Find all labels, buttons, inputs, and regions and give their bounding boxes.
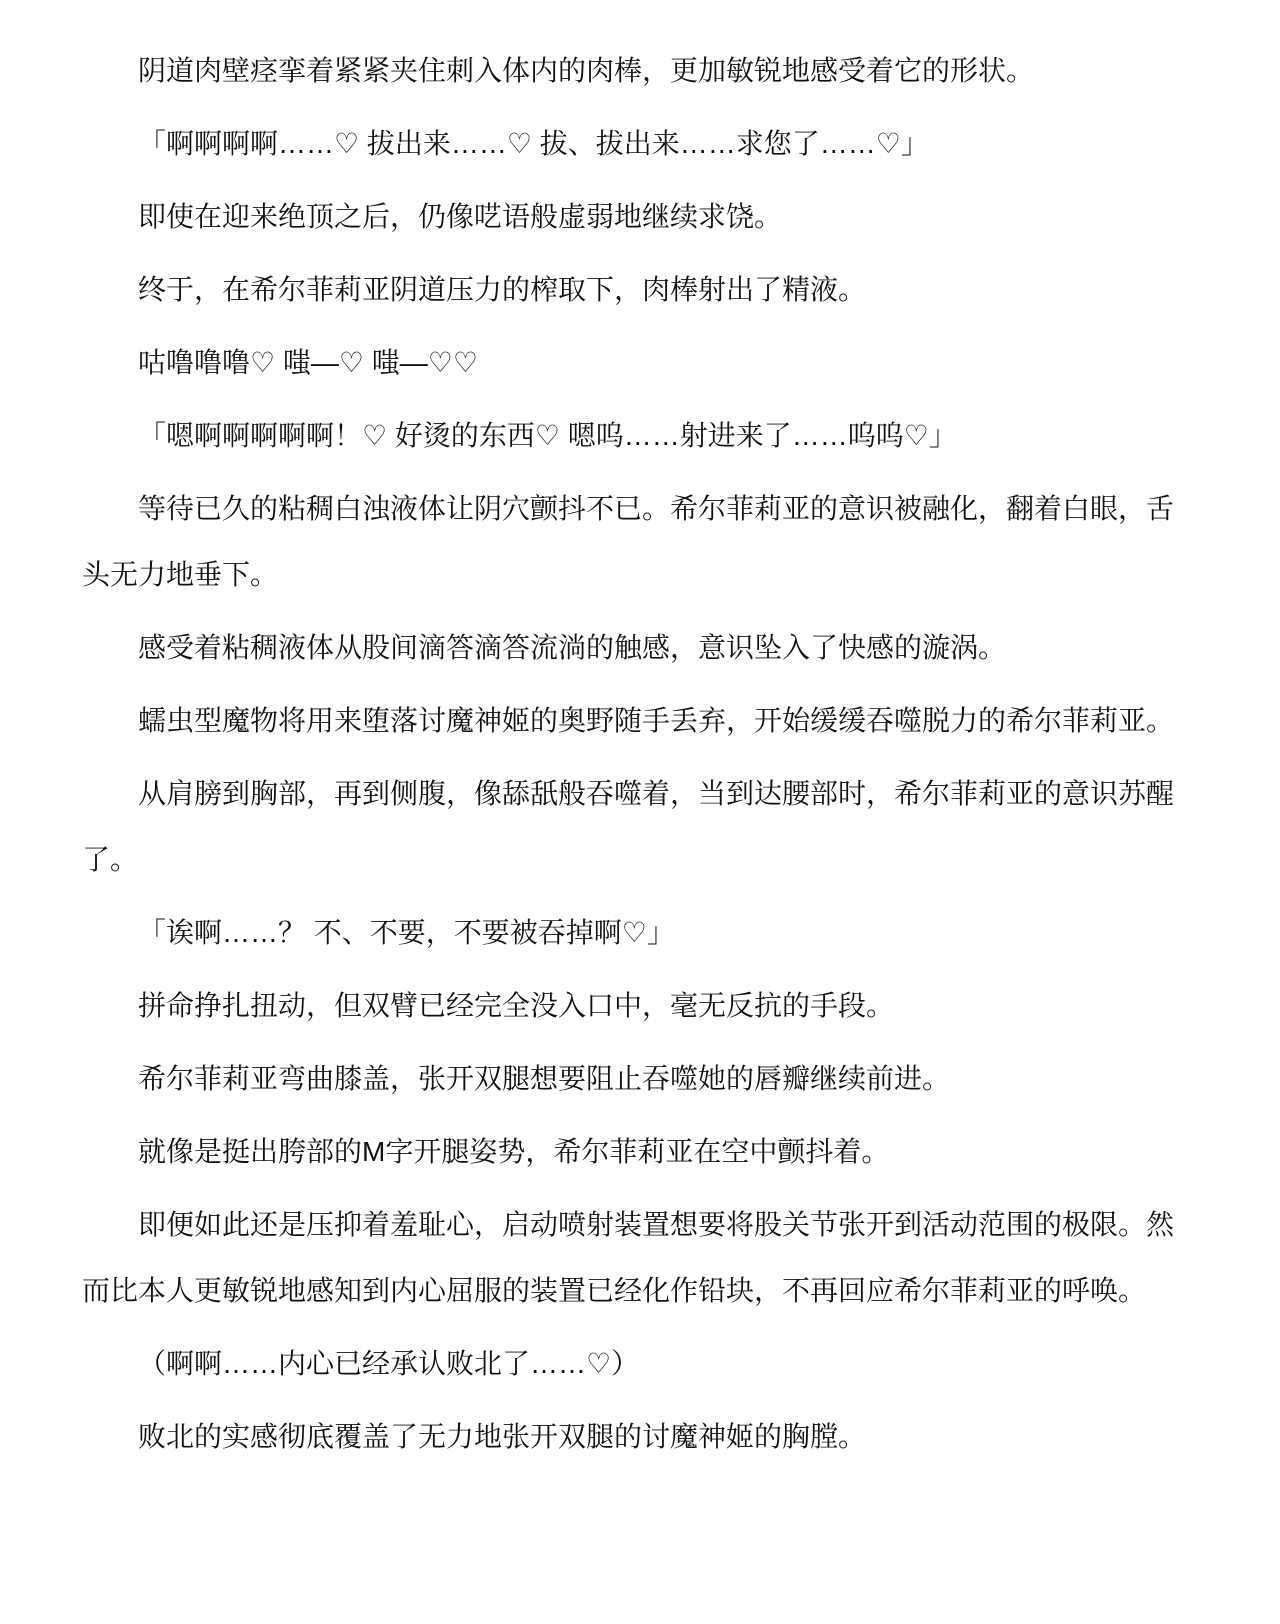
- page-body: 阴道肉壁痉挛着紧紧夹住刺入体内的肉棒，更加敏锐地感受着它的形状。 「啊啊啊啊………: [0, 0, 1280, 1470]
- paragraph: 从肩膀到胸部，再到侧腹，像舔舐般吞噬着，当到达腰部时，希尔菲莉亚的意识苏醒了。: [82, 761, 1182, 893]
- paragraph-dialogue: 「诶啊……？ 不、不要，不要被吞掉啊♡」: [82, 900, 1182, 966]
- paragraph: 就像是挺出胯部的M字开腿姿势，希尔菲莉亚在空中颤抖着。: [82, 1119, 1182, 1185]
- paragraph: 即使在迎来绝顶之后，仍像呓语般虚弱地继续求饶。: [82, 184, 1182, 250]
- paragraph: 阴道肉壁痉挛着紧紧夹住刺入体内的肉棒，更加敏锐地感受着它的形状。: [82, 38, 1182, 104]
- paragraph-dialogue: 「啊啊啊啊……♡ 拔出来……♡ 拔、拔出来……求您了……♡」: [82, 111, 1182, 177]
- paragraph: 终于，在希尔菲莉亚阴道压力的榨取下，肉棒射出了精液。: [82, 257, 1182, 323]
- paragraph: 希尔菲莉亚弯曲膝盖，张开双腿想要阻止吞噬她的唇瓣继续前进。: [82, 1046, 1182, 1112]
- paragraph: 等待已久的粘稠白浊液体让阴穴颤抖不已。希尔菲莉亚的意识被融化，翻着白眼，舌头无力…: [82, 476, 1182, 608]
- text-column: 阴道肉壁痉挛着紧紧夹住刺入体内的肉棒，更加敏锐地感受着它的形状。 「啊啊啊啊………: [82, 38, 1182, 1470]
- paragraph: 即便如此还是压抑着羞耻心，启动喷射装置想要将股关节张开到活动范围的极限。然而比本…: [82, 1192, 1182, 1324]
- paragraph-dialogue: 「嗯啊啊啊啊啊！♡ 好烫的东西♡ 嗯呜……射进来了……呜呜♡」: [82, 403, 1182, 469]
- document-page: { "colors": { "background": "#ffffff", "…: [0, 0, 1280, 1624]
- paragraph: 败北的实感彻底覆盖了无力地张开双腿的讨魔神姬的胸膛。: [82, 1404, 1182, 1470]
- paragraph: 拼命挣扎扭动，但双臂已经完全没入口中，毫无反抗的手段。: [82, 973, 1182, 1039]
- paragraph-sfx: 咕噜噜噜♡ 嗤—♡ 嗤—♡♡: [82, 330, 1182, 396]
- paragraph-thought: （啊啊……内心已经承认败北了……♡）: [82, 1331, 1182, 1397]
- paragraph: 蠕虫型魔物将用来堕落讨魔神姬的奥野随手丢弃，开始缓缓吞噬脱力的希尔菲莉亚。: [82, 688, 1182, 754]
- paragraph: 感受着粘稠液体从股间滴答滴答流淌的触感，意识坠入了快感的漩涡。: [82, 615, 1182, 681]
